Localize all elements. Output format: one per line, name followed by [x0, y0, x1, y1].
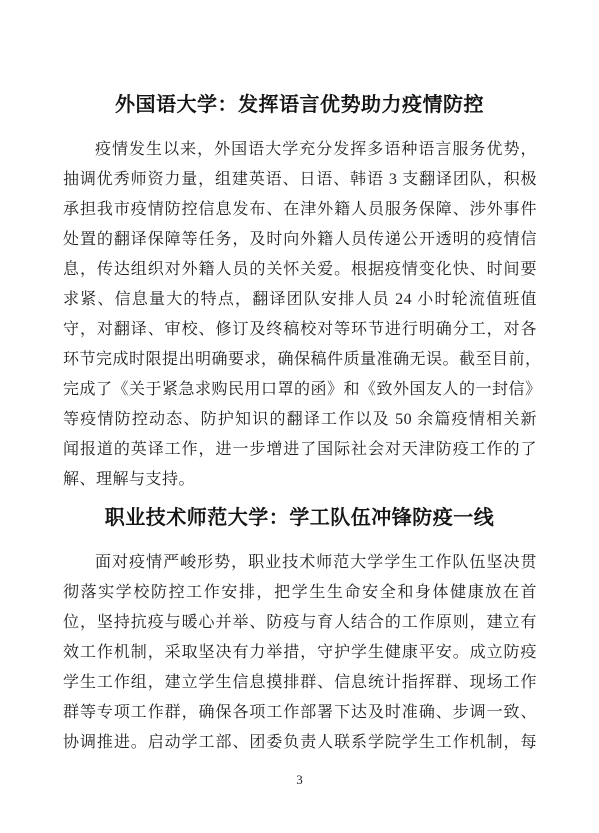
paragraph-vocational-technical: 面对疫情严峻形势，职业技术师范大学学生工作队伍坚决贯 彻落实学校防控工作安排，把…: [63, 548, 537, 758]
paragraph-line: 守，对翻译、审校、修订及终稿校对等环节进行明确分工，对各: [63, 315, 537, 345]
page-number: 3: [0, 772, 599, 788]
paragraph-line: 环节完成时限提出明确要求，确保稿件质量准确无误。截至目前，: [63, 345, 537, 375]
paragraph-line: 等疫情防控动态、防护知识的翻译工作以及 50 余篇疫情相关新: [63, 405, 537, 435]
paragraph-line: 位，坚持抗疫与暖心并举、防疫与育人结合的工作原则，建立有: [63, 608, 537, 638]
paragraph-line: 闻报道的英译工作，进一步增进了国际社会对天津防疫工作的了: [63, 435, 537, 465]
paragraph-line: 完成了《关于紧急求购民用口罩的函》和《致外国友人的一封信》: [63, 375, 537, 405]
paragraph-line: 解、理解与支持。: [63, 465, 537, 495]
paragraph-line: 求紧、信息量大的特点，翻译团队安排人员 24 小时轮流值班值: [63, 285, 537, 315]
paragraph-line: 彻落实学校防控工作安排，把学生生命安全和身体健康放在首: [63, 578, 537, 608]
paragraph-line: 疫情发生以来，外国语大学充分发挥多语种语言服务优势，: [63, 135, 537, 165]
paragraph-line: 协调推进。启动学工部、团委负责人联系学院学生工作机制，每: [63, 728, 537, 758]
document-page: 外国语大学：发挥语言优势助力疫情防控 疫情发生以来，外国语大学充分发挥多语种语言…: [0, 0, 599, 833]
paragraph-line: 效工作机制，采取坚决有力举措，守护学生健康平安。成立防疫: [63, 638, 537, 668]
paragraph-line: 息，传达组织对外籍人员的关怀关爱。根据疫情变化快、时间要: [63, 255, 537, 285]
paragraph-line: 面对疫情严峻形势，职业技术师范大学学生工作队伍坚决贯: [63, 548, 537, 578]
section-heading-vocational-technical-normal-university: 职业技术师范大学：学工队伍冲锋防疫一线: [0, 504, 599, 532]
paragraph-foreign-studies: 疫情发生以来，外国语大学充分发挥多语种语言服务优势， 抽调优秀师资力量，组建英语…: [63, 135, 537, 495]
paragraph-line: 学生工作组，建立学生信息摸排群、信息统计指挥群、现场工作: [63, 668, 537, 698]
paragraph-line: 承担我市疫情防控信息发布、在津外籍人员服务保障、涉外事件: [63, 195, 537, 225]
paragraph-line: 处置的翻译保障等任务，及时向外籍人员传递公开透明的疫情信: [63, 225, 537, 255]
paragraph-line: 抽调优秀师资力量，组建英语、日语、韩语 3 支翻译团队，积极: [63, 165, 537, 195]
paragraph-line: 群等专项工作群，确保各项工作部署下达及时准确、步调一致、: [63, 698, 537, 728]
section-heading-foreign-studies-university: 外国语大学：发挥语言优势助力疫情防控: [0, 91, 599, 119]
